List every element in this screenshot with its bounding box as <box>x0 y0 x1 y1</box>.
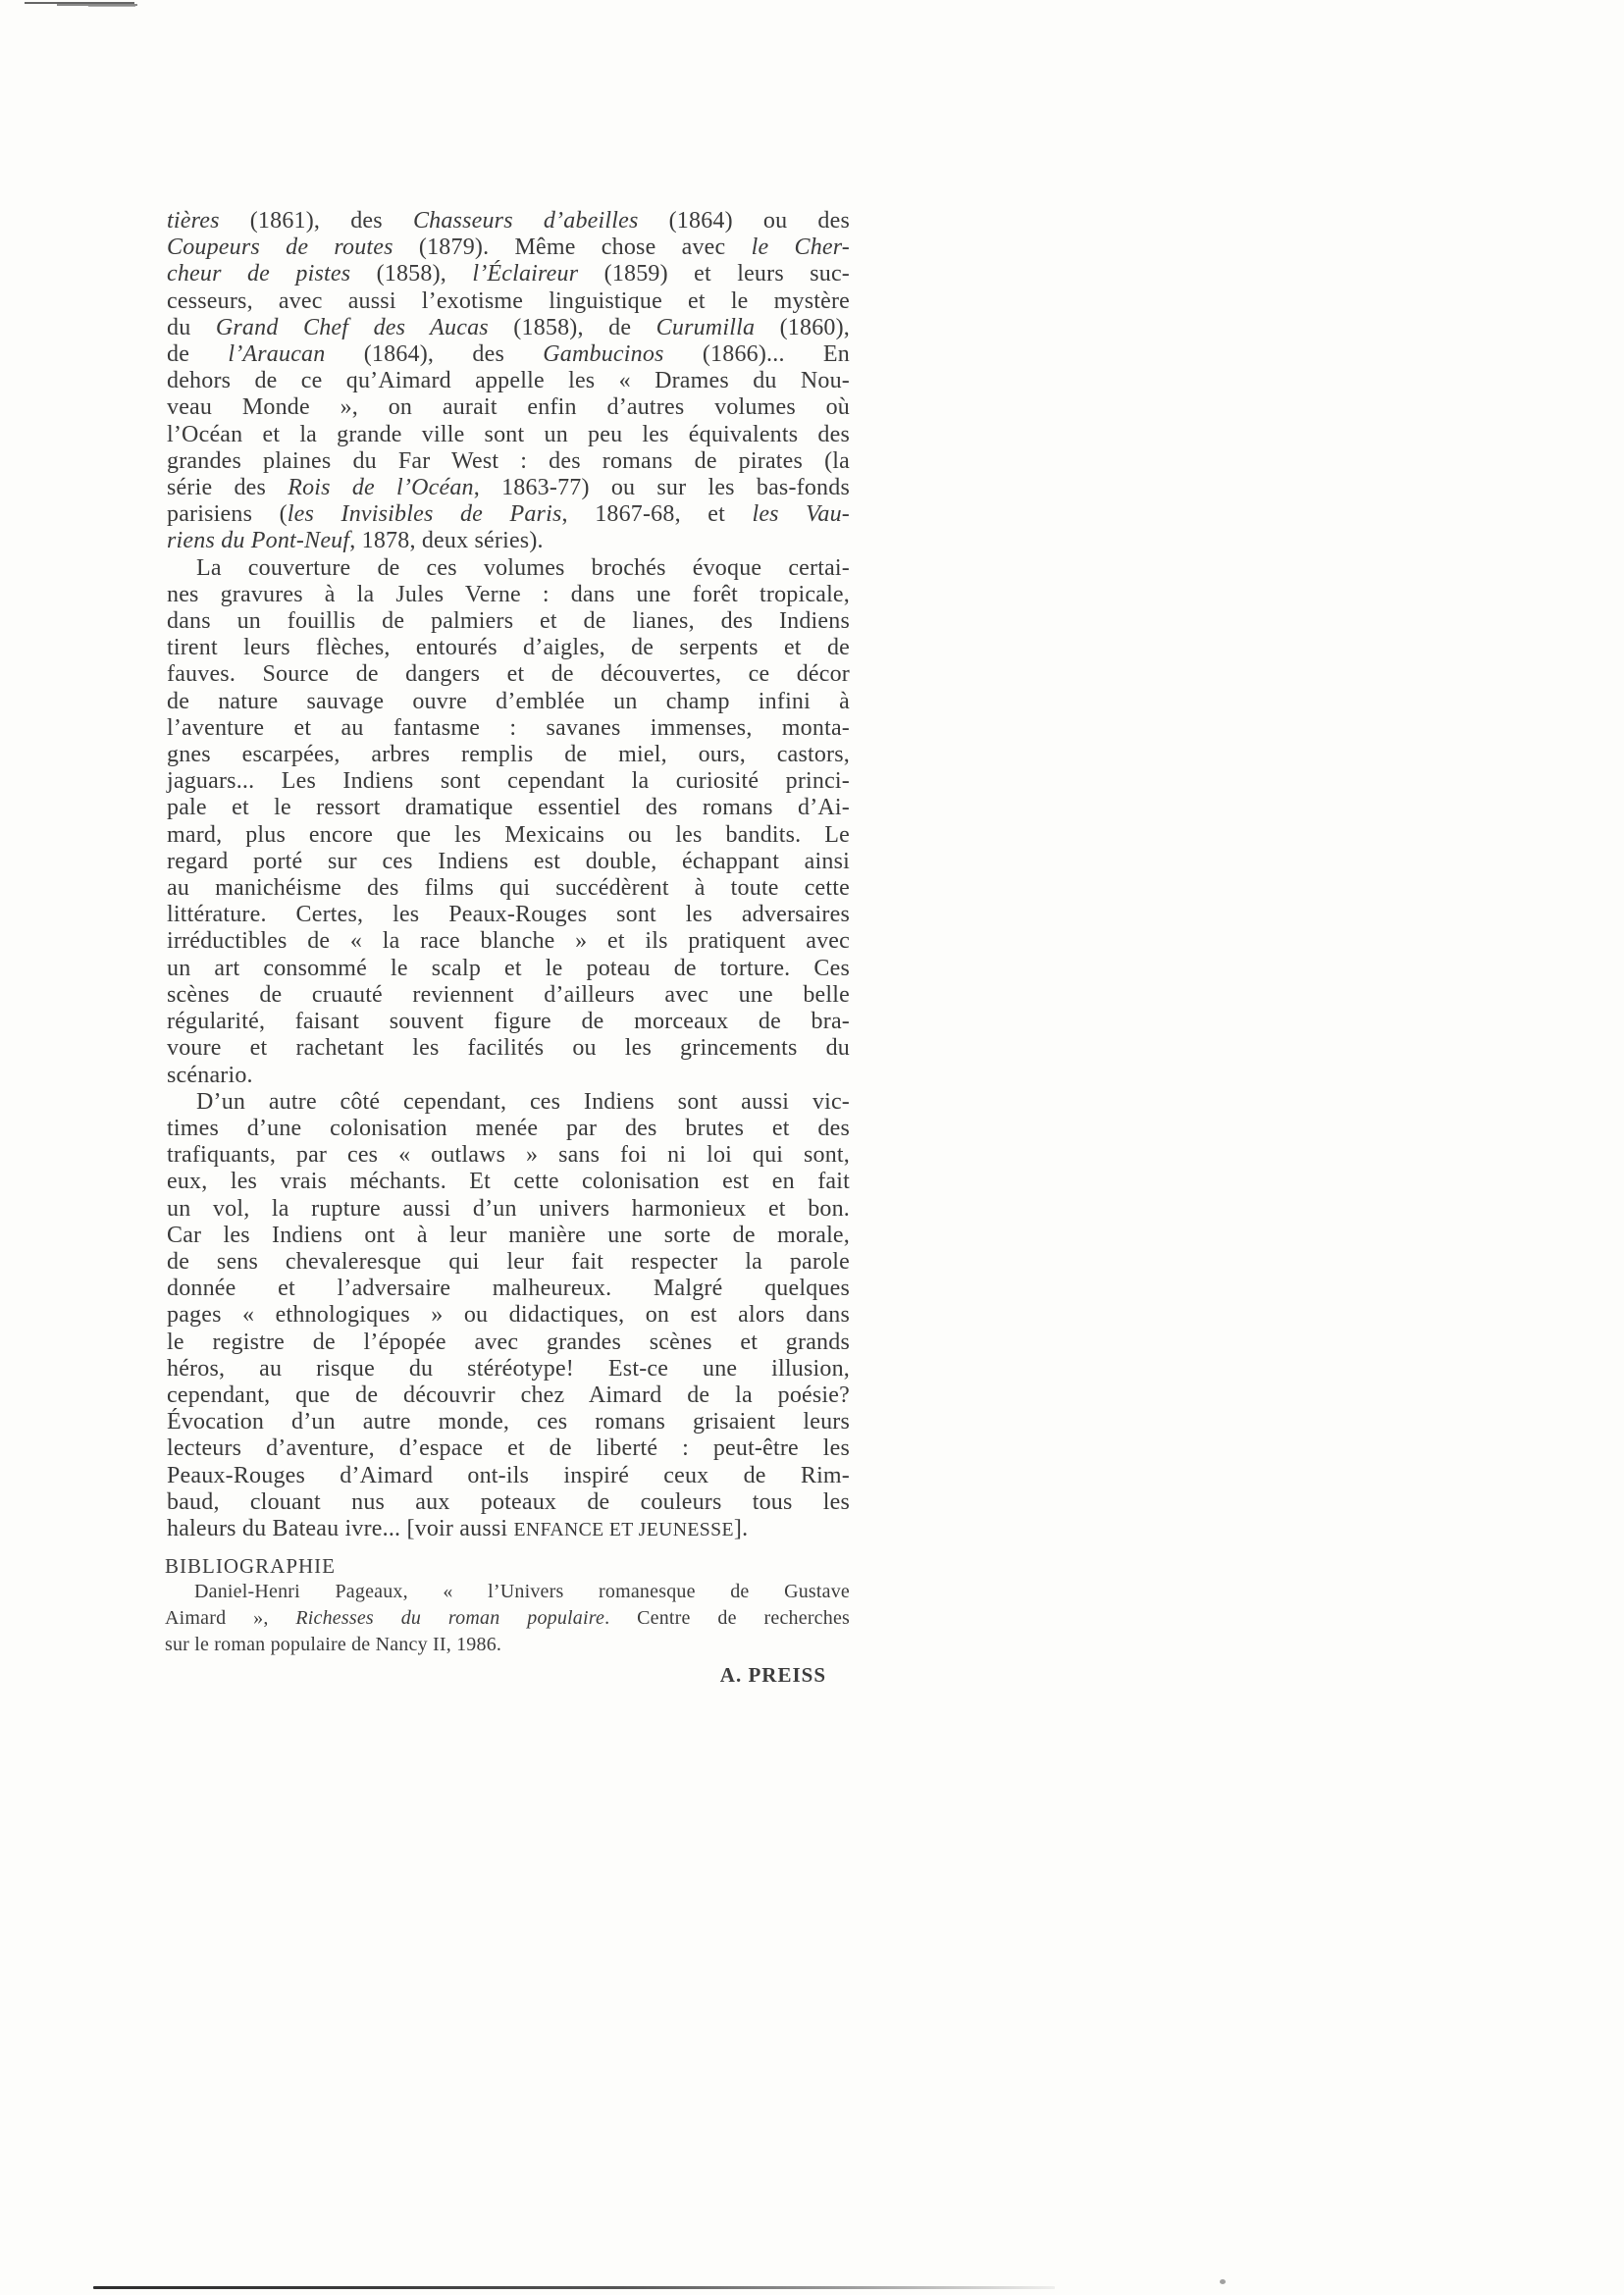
author-signature: A. PREISS <box>165 1663 850 1688</box>
text-line: régularité, faisant souvent figure de mo… <box>167 1009 850 1035</box>
text-line: fauves. Source de dangers et de découver… <box>167 661 850 688</box>
text-line: haleurs du Bateau ivre... [voir aussi EN… <box>167 1516 850 1543</box>
text-line: pale et le ressort dramatique essentiel … <box>167 795 850 821</box>
text-line: scénario. <box>167 1063 850 1089</box>
scan-artifact-bottom-line <box>93 2286 1055 2289</box>
italic-title: l’Éclaireur <box>472 261 578 287</box>
text-line: dehors de ce qu’Aimard appelle les « Dra… <box>167 368 850 394</box>
text-line: au manichéisme des films qui succédèrent… <box>167 875 850 902</box>
text-line: irréductibles de « la race blanche » et … <box>167 928 850 955</box>
italic-title: cheur de pistes <box>167 261 350 287</box>
bibliography-heading: BIBLIOGRAPHIE <box>165 1554 850 1579</box>
text-line: cheur de pistes (1858), l’Éclaireur (185… <box>167 261 850 287</box>
text-line: scènes de cruauté reviennent d’ailleurs … <box>167 982 850 1009</box>
text-line: Daniel-Henri Pageaux, « l’Univers romane… <box>165 1580 850 1606</box>
text-line: baud, clouant nus aux poteaux de couleur… <box>167 1489 850 1516</box>
text-line: La couverture de ces volumes brochés évo… <box>167 555 850 582</box>
text-line: du Grand Chef des Aucas (1858), de Curum… <box>167 315 850 341</box>
italic-title: Coupeurs de routes <box>167 235 393 260</box>
text-line: pages « ethnologiques » ou didactiques, … <box>167 1302 850 1329</box>
text-line: riens du Pont-Neuf, 1878, deux séries). <box>167 528 850 554</box>
text-line: de nature sauvage ouvre d’emblée un cham… <box>167 689 850 715</box>
body-text: tières (1861), des Chasseurs d’abeilles … <box>167 208 850 1543</box>
text-line: l’aventure et au fantasme : savanes imme… <box>167 715 850 742</box>
italic-title: Curumilla <box>656 315 755 340</box>
text-line: regard porté sur ces Indiens est double,… <box>167 849 850 875</box>
text-line: gnes escarpées, arbres remplis de miel, … <box>167 742 850 768</box>
italic-title: Richesses du roman populaire <box>295 1607 604 1629</box>
text-line: jaguars... Les Indiens sont cependant la… <box>167 768 850 795</box>
italic-title: riens du Pont-Neuf <box>167 528 349 553</box>
text-line: de sens chevaleresque qui leur fait resp… <box>167 1249 850 1276</box>
text-line: littérature. Certes, les Peaux-Rouges so… <box>167 902 850 928</box>
text-line: donnée et l’adversaire malheureux. Malgr… <box>167 1276 850 1302</box>
text-line: lecteurs d’aventure, d’espace et de libe… <box>167 1435 850 1462</box>
italic-title: Gambucinos <box>543 341 663 367</box>
text-line: le registre de l’épopée avec grandes scè… <box>167 1330 850 1356</box>
text-line: trafiquants, par ces « outlaws » sans fo… <box>167 1142 850 1169</box>
text-line: parisiens (les Invisibles de Paris, 1867… <box>167 501 850 528</box>
italic-title: tières <box>167 208 220 234</box>
bibliography-section: BIBLIOGRAPHIE Daniel-Henri Pageaux, « l’… <box>165 1554 850 1688</box>
italic-title: Grand Chef des Aucas <box>216 315 489 340</box>
text-line: Coupeurs de routes (1879). Même chose av… <box>167 235 850 261</box>
text-line: cependant, que de découvrir chez Aimard … <box>167 1382 850 1409</box>
italic-title: les Invisibles de Paris <box>288 501 562 527</box>
text-line: série des Rois de l’Océan, 1863-77) ou s… <box>167 475 850 501</box>
text-line: un art consommé le scalp et le poteau de… <box>167 956 850 982</box>
text-line: dans un fouillis de palmiers et de liane… <box>167 608 850 635</box>
text-line: héros, au risque du stéréotype! Est-ce u… <box>167 1356 850 1382</box>
italic-title: les Vau- <box>752 501 850 527</box>
small-caps-ref: ENFANCE ET JEUNESSE <box>514 1519 734 1540</box>
scan-artifact-top-stroke <box>88 6 135 7</box>
text-line: tirent leurs flèches, entourés d’aigles,… <box>167 635 850 661</box>
italic-title: l’Araucan <box>228 341 325 367</box>
text-line: Évocation d’un autre monde, ces romans g… <box>167 1409 850 1435</box>
text-line: cesseurs, avec aussi l’exotisme linguist… <box>167 288 850 315</box>
text-line: tières (1861), des Chasseurs d’abeilles … <box>167 208 850 235</box>
scanned-page: tières (1861), des Chasseurs d’abeilles … <box>0 0 1624 2295</box>
text-line: veau Monde », on aurait enfin d’autres v… <box>167 394 850 421</box>
text-line: de l’Araucan (1864), des Gambucinos (186… <box>167 341 850 368</box>
italic-title: Rois de l’Océan <box>288 475 474 500</box>
text-line: sur le roman populaire de Nancy II, 1986… <box>165 1633 850 1659</box>
scan-artifact-dot <box>1220 2279 1226 2284</box>
text-line: un vol, la rupture aussi d’un univers ha… <box>167 1196 850 1223</box>
text-line: mard, plus encore que les Mexicains ou l… <box>167 822 850 849</box>
text-line: Peaux-Rouges d’Aimard ont-ils inspiré ce… <box>167 1463 850 1489</box>
text-line: times d’une colonisation menée par des b… <box>167 1116 850 1142</box>
text-line: Car les Indiens ont à leur manière une s… <box>167 1223 850 1249</box>
text-line: eux, les vrais méchants. Et cette coloni… <box>167 1169 850 1195</box>
italic-title: le Cher- <box>752 235 850 260</box>
text-line: D’un autre côté cependant, ces Indiens s… <box>167 1089 850 1116</box>
text-line: grandes plaines du Far West : des romans… <box>167 448 850 475</box>
text-line: Aimard », Richesses du roman populaire. … <box>165 1606 850 1633</box>
bibliography-lines: Daniel-Henri Pageaux, « l’Univers romane… <box>165 1580 850 1660</box>
text-line: nes gravures à la Jules Verne : dans une… <box>167 582 850 608</box>
italic-title: Chasseurs d’abeilles <box>413 208 639 234</box>
text-line: l’Océan et la grande ville sont un peu l… <box>167 422 850 448</box>
text-line: voure et rachetant les facilités ou les … <box>167 1035 850 1062</box>
